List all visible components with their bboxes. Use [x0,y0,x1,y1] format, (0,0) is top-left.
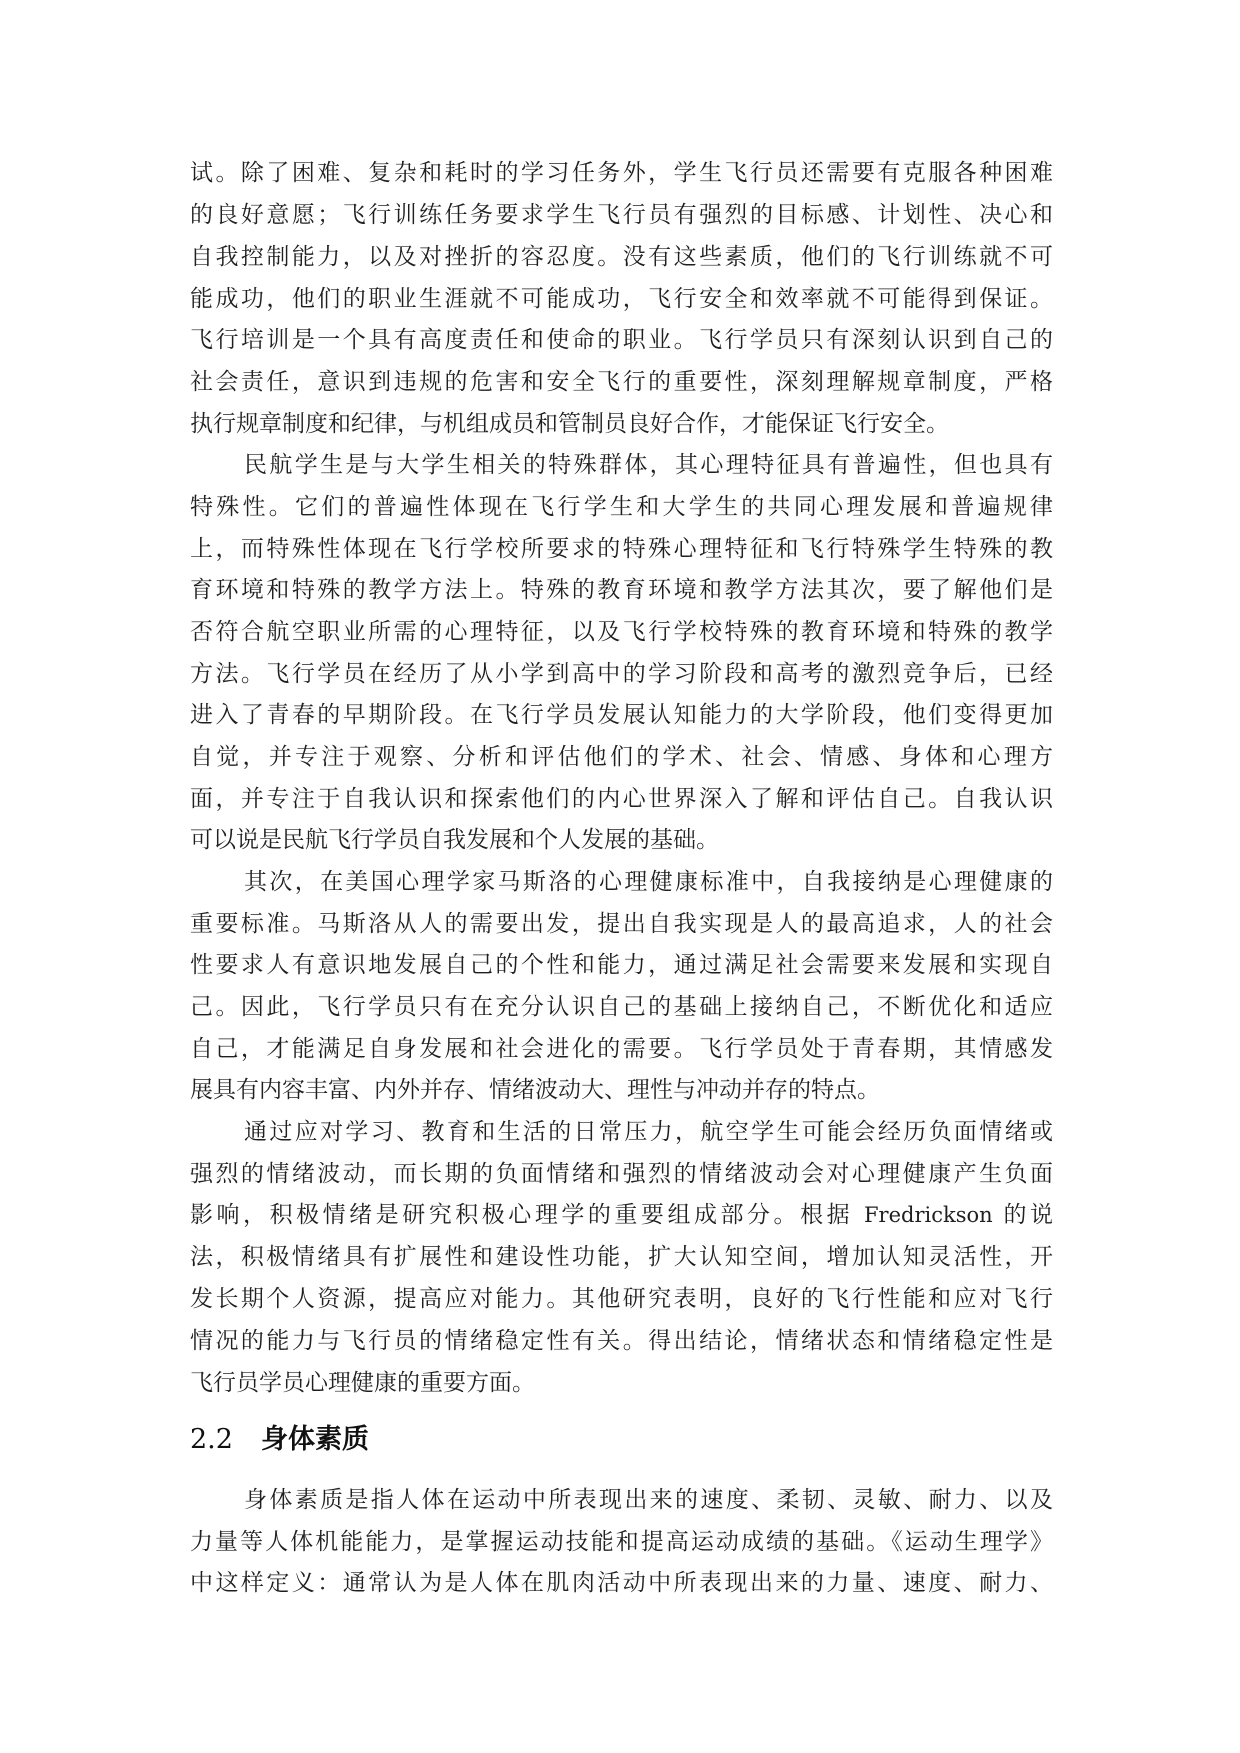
text-line: 强烈的情绪波动，而长期的负面情绪和强烈的情绪波动会对心理健康产生负面 [190,1153,1053,1195]
text-line: 力量等人体机能能力，是掌握运动技能和提高运动成绩的基础。《运动生理学》 [190,1521,1053,1563]
text-line-first-indented: 民航学生是与大学生相关的特殊群体，其心理特征具有普遍性，但也具有 [244,444,1053,486]
text-line: 发长期个人资源，提高应对能力。其他研究表明，良好的飞行性能和应对飞行 [190,1278,1053,1320]
text-line: 能成功，他们的职业生涯就不可能成功，飞行安全和效率就不可能得到保证。 [190,278,1053,320]
text-line: 自觉，并专注于观察、分析和评估他们的学术、社会、情感、身体和心理方 [190,736,1053,778]
text-line: 方法。飞行学员在经历了从小学到高中的学习阶段和高考的激烈竞争后，已经 [190,653,1053,695]
text-line: 上，而特殊性体现在飞行学校所要求的特殊心理特征和飞行特殊学生特殊的教 [190,528,1053,570]
text-line: 自己，才能满足自身发展和社会进化的需要。飞行学员处于青春期，其情感发 [190,1028,1053,1070]
text-line: 面，并专注于自我认识和探索他们的内心世界深入了解和评估自己。自我认识 [190,778,1053,820]
text-line: 否符合航空职业所需的心理特征，以及飞行学校特殊的教育环境和特殊的教学 [190,611,1053,653]
text-line: 重要标准。马斯洛从人的需要出发，提出自我实现是人的最高追求，人的社会 [190,903,1053,945]
text-line: 法，积极情绪具有扩展性和建设性功能，扩大认知空间，增加认知灵活性，开 [190,1236,1053,1278]
text-line: 的良好意愿；飞行训练任务要求学生飞行员有强烈的目标感、计划性、决心和 [190,194,1053,236]
author-name-fredrickson: Fredrickson [864,1203,993,1227]
section-title: 身体素质 [261,1424,369,1455]
text-line: 进入了青春的早期阶段。在飞行学员发展认知能力的大学阶段，他们变得更加 [190,694,1053,736]
document-page: 试。除了困难、复杂和耗时的学习任务外，学生飞行员还需要有克服各种困难 的良好意愿… [0,0,1240,1753]
text-line: 中这样定义：通常认为是人体在肌肉活动中所表现出来的力量、速度、耐力、 [190,1562,1053,1604]
text-line: 执行规章制度和纪律，与机组成员和管制员良好合作，才能保证飞行安全。 [190,403,1053,445]
text-line: 展具有内容丰富、内外并存、情绪波动大、理性与冲动并存的特点。 [190,1069,1053,1111]
text-line: 性要求人有意识地发展自己的个性和能力，通过满足社会需要来发展和实现自 [190,944,1053,986]
text-line: 飞行培训是一个具有高度责任和使命的职业。飞行学员只有深刻认识到自己的 [190,319,1053,361]
text-line: 情况的能力与飞行员的情绪稳定性有关。得出结论，情绪状态和情绪稳定性是 [190,1320,1053,1362]
text-line: 特殊性。它们的普遍性体现在飞行学生和大学生的共同心理发展和普遍规律 [190,486,1053,528]
text-line: 自我控制能力，以及对挫折的容忍度。没有这些素质，他们的飞行训练就不可 [190,236,1053,278]
text-line-first-indented: 其次，在美国心理学家马斯洛的心理健康标准中，自我接纳是心理健康的 [244,861,1053,903]
text-line: 社会责任，意识到违规的危害和安全飞行的重要性，深刻理解规章制度，严格 [190,361,1053,403]
text-line: 试。除了困难、复杂和耗时的学习任务外，学生飞行员还需要有克服各种困难 [190,152,1053,194]
section-heading: 2.2身体素质 [190,1418,369,1462]
text-segment: 的说 [993,1202,1053,1228]
section-number: 2.2 [190,1424,233,1455]
text-segment: 影响，积极情绪是研究积极心理学的重要组成部分。根据 [190,1202,864,1228]
text-line: 可以说是民航飞行学员自我发展和个人发展的基础。 [190,819,1053,861]
text-line-with-citation: 影响，积极情绪是研究积极心理学的重要组成部分。根据 Fredrickson 的说 [190,1194,1053,1236]
text-line-first-indented: 身体素质是指人体在运动中所表现出来的速度、柔韧、灵敏、耐力、以及 [244,1479,1053,1521]
text-line: 育环境和特殊的教学方法上。特殊的教育环境和教学方法其次，要了解他们是 [190,569,1053,611]
text-line: 飞行员学员心理健康的重要方面。 [190,1362,1053,1404]
text-line: 己。因此，飞行学员只有在充分认识自己的基础上接纳自己，不断优化和适应 [190,986,1053,1028]
text-line-first-indented: 通过应对学习、教育和生活的日常压力，航空学生可能会经历负面情绪或 [244,1111,1053,1153]
